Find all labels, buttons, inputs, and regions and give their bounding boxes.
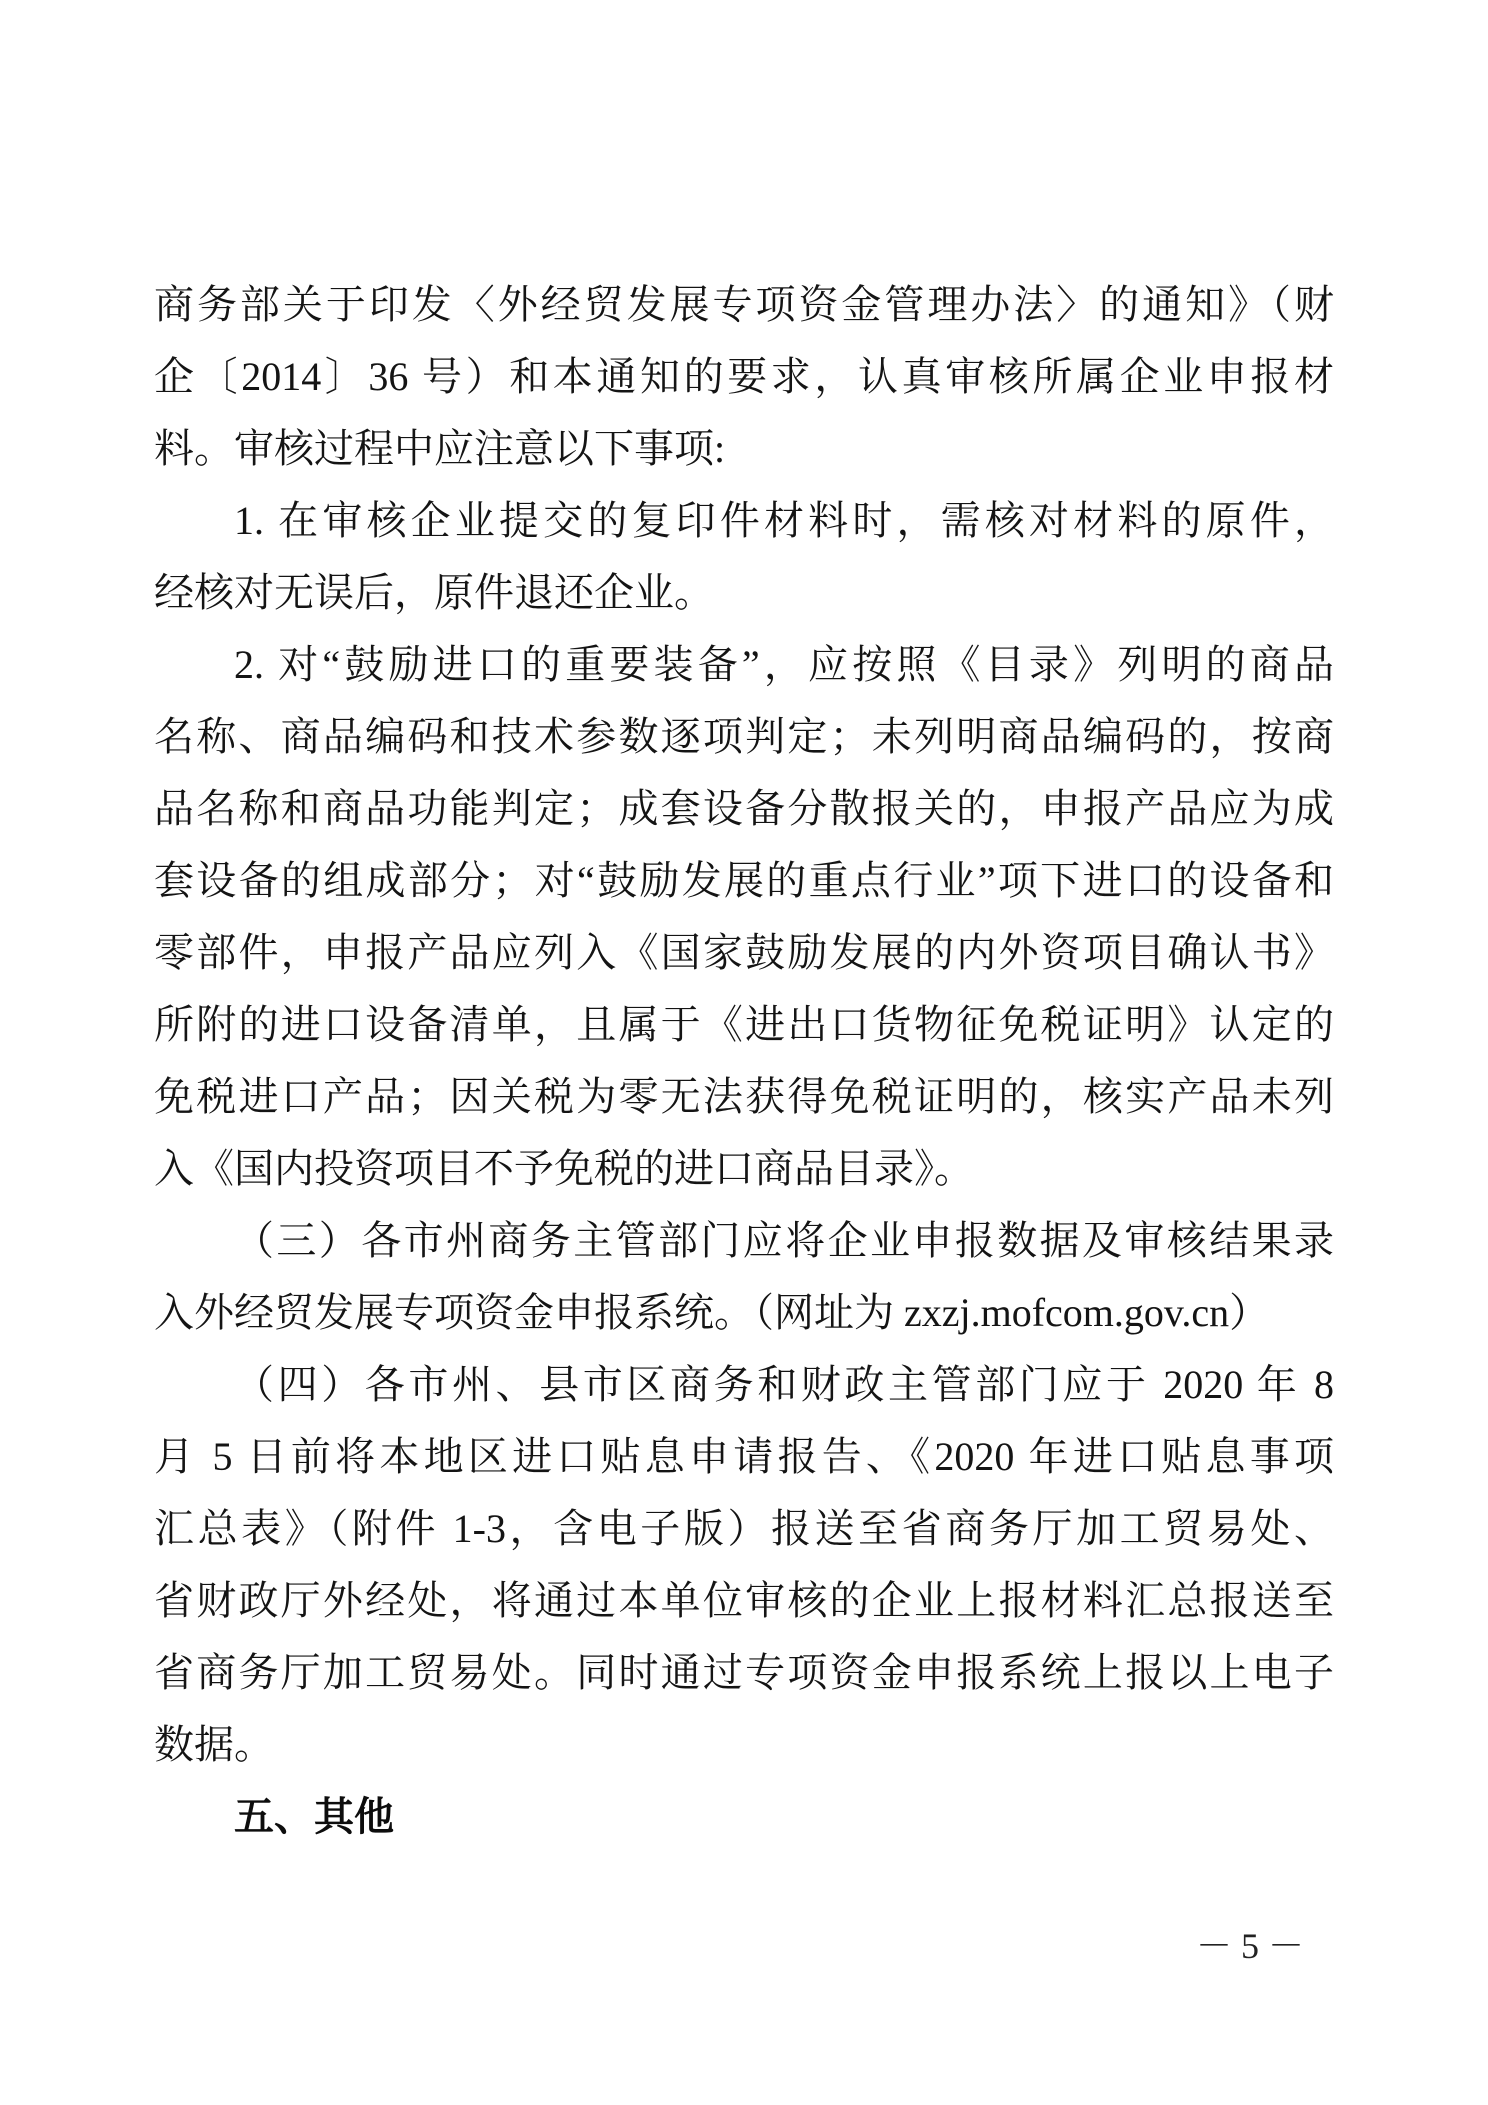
text-line: 企〔2014〕36 号）和本通知的要求，认真审核所属企业申报材 <box>154 341 1334 413</box>
text-line: 月 5 日前将本地区进口贴息申请报告、《2020 年进口贴息事项 <box>154 1421 1334 1493</box>
text-line: 入外经贸发展专项资金申报系统。（网址为 zxzj.mofcom.gov.cn） <box>154 1277 1334 1349</box>
text-line: 2. 对“鼓励进口的重要装备”，应按照《目录》列明的商品 <box>154 629 1334 701</box>
text-line: 1. 在审核企业提交的复印件材料时，需核对材料的原件， <box>154 485 1334 557</box>
document-body: 商务部关于印发〈外经贸发展专项资金管理办法〉的通知》（财 企〔2014〕36 号… <box>154 269 1334 1853</box>
text-line: 汇总表》（附件 1-3，含电子版）报送至省商务厅加工贸易处、 <box>154 1493 1334 1565</box>
text-line: 数据。 <box>154 1709 1334 1781</box>
text-line: 免税进口产品；因关税为零无法获得免税证明的，核实产品未列 <box>154 1061 1334 1133</box>
text-line: 经核对无误后，原件退还企业。 <box>154 557 1334 629</box>
text-line: 料。审核过程中应注意以下事项: <box>154 413 1334 485</box>
text-line: （四）各市州、县市区商务和财政主管部门应于 2020 年 8 <box>154 1349 1334 1421</box>
section-heading: 五、其他 <box>154 1781 1334 1853</box>
text-line: 省商务厅加工贸易处。同时通过专项资金申报系统上报以上电子 <box>154 1637 1334 1709</box>
text-line: 品名称和商品功能判定；成套设备分散报关的，申报产品应为成 <box>154 773 1334 845</box>
text-line: 零部件，申报产品应列入《国家鼓励发展的内外资项目确认书》 <box>154 917 1334 989</box>
text-line: 套设备的组成部分；对“鼓励发展的重点行业”项下进口的设备和 <box>154 845 1334 917</box>
document-page: 商务部关于印发〈外经贸发展专项资金管理办法〉的通知》（财 企〔2014〕36 号… <box>0 0 1488 2105</box>
text-line: 所附的进口设备清单，且属于《进出口货物征免税证明》认定的 <box>154 989 1334 1061</box>
text-line: 入《国内投资项目不予免税的进口商品目录》。 <box>154 1133 1334 1205</box>
text-line: （三）各市州商务主管部门应将企业申报数据及审核结果录 <box>154 1205 1334 1277</box>
text-line: 商务部关于印发〈外经贸发展专项资金管理办法〉的通知》（财 <box>154 269 1334 341</box>
page-number: － 5 － <box>1160 1922 1340 1970</box>
text-line: 省财政厅外经处，将通过本单位审核的企业上报材料汇总报送至 <box>154 1565 1334 1637</box>
text-line: 名称、商品编码和技术参数逐项判定；未列明商品编码的，按商 <box>154 701 1334 773</box>
